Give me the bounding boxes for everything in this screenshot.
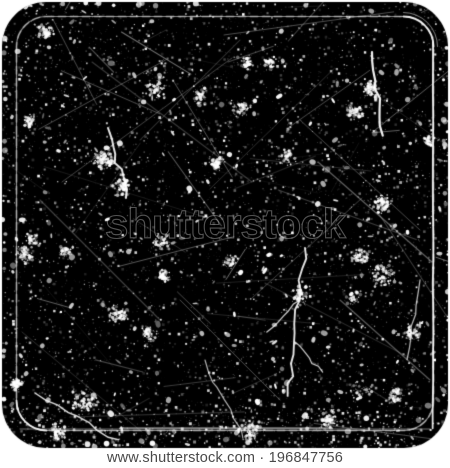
credit-line: www.shutterstock.com · 196847756	[0, 449, 450, 467]
stock-image-preview: shutterstock www.shutterstock.com · 1968…	[0, 0, 450, 468]
grunge-stamp-texture-image	[0, 0, 450, 468]
